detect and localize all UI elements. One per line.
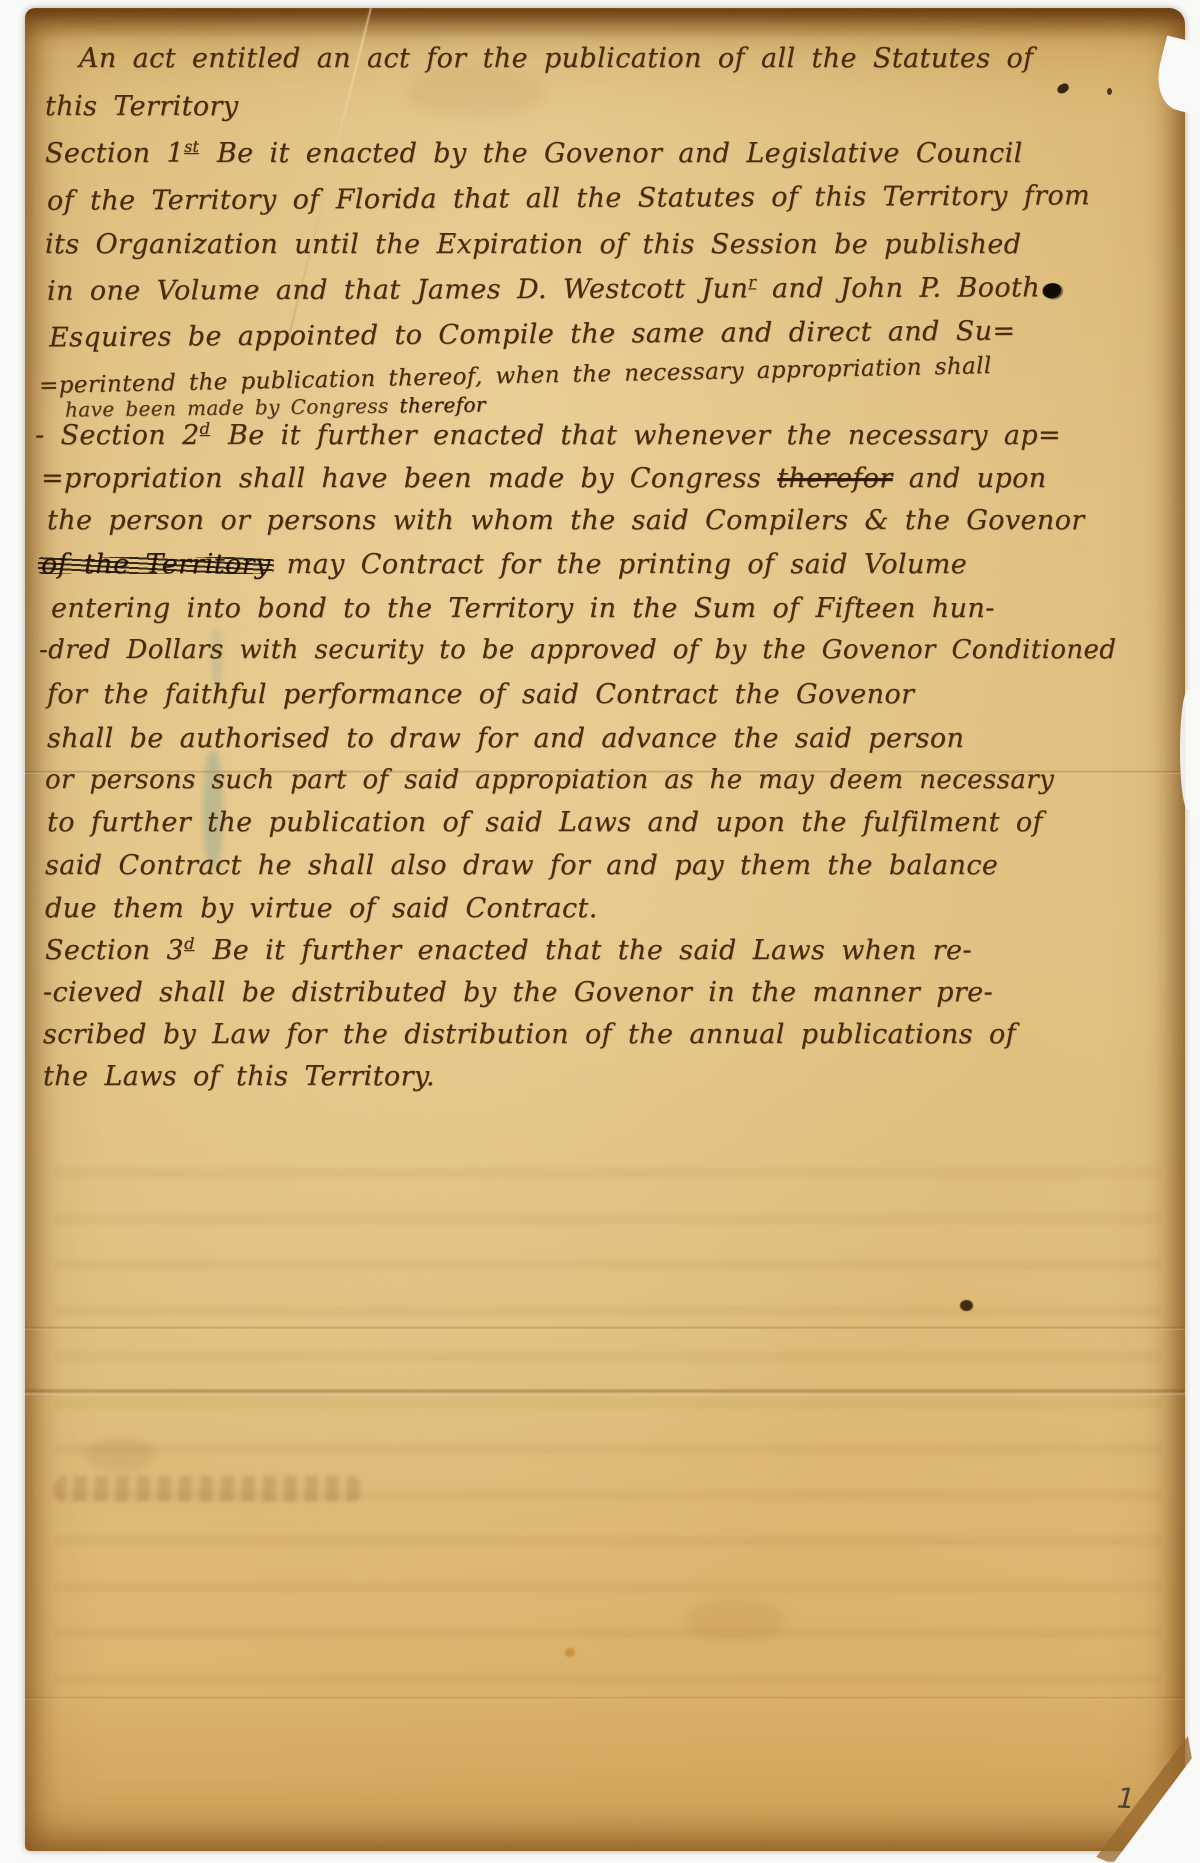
manuscript-line: of the Territory may Contract for the pr… xyxy=(41,550,967,580)
section-2-heading-line: - Section 2dBe it further enacted that w… xyxy=(35,420,1061,451)
burned-top-edge xyxy=(25,8,1185,38)
ordinal-superscript: st xyxy=(184,137,199,156)
manuscript-line: its Organization until the Expiration of… xyxy=(45,230,1021,260)
ink-spot xyxy=(960,1300,973,1311)
manuscript-line: the person or persons with whom the said… xyxy=(47,506,1085,536)
section-3-heading-line: Section 3dBe it further enacted that the… xyxy=(45,935,972,966)
ink-spatter xyxy=(1107,88,1112,95)
foxing-stain xyxy=(405,68,545,118)
manuscript-line: scribed by Law for the distribution of t… xyxy=(43,1020,1016,1050)
manuscript-line: the Laws of this Territory. xyxy=(43,1062,435,1092)
manuscript-line: -cieved shall be distributed by the Gove… xyxy=(43,978,993,1008)
manuscript-line: said Contract he shall also draw for and… xyxy=(45,851,998,881)
foxing-stain xyxy=(685,1598,785,1642)
scribbled-out-words: of the Territory xyxy=(41,549,271,580)
manuscript-line: -dred Dollars with security to be approv… xyxy=(39,636,1116,665)
act-title-line-2: this Territory xyxy=(45,92,239,122)
section-1-heading-line: Section 1stBe it enacted by the Govenor … xyxy=(45,138,1023,169)
manuscript-paper: An act entitled an act for the publicati… xyxy=(25,8,1185,1851)
manuscript-line: Esquires be appointed to Compile the sam… xyxy=(49,317,1016,353)
ordinal-superscript: r xyxy=(748,272,756,291)
torn-right-edge xyxy=(1180,690,1196,810)
manuscript-line: shall be authorised to draw for and adva… xyxy=(47,724,964,754)
manuscript-line: in one Volume and that James D. Westcott… xyxy=(47,272,1061,306)
foxing-stain xyxy=(85,1438,155,1472)
ink-bleedthrough xyxy=(55,1138,1161,1708)
manuscript-line: or persons such part of said appropiatio… xyxy=(45,766,1054,795)
ink-blot xyxy=(1043,283,1061,298)
foxing-stain xyxy=(565,1648,575,1657)
manuscript-line: due them by virtue of said Contract. xyxy=(45,894,598,924)
ordinal-superscript: d xyxy=(200,419,210,438)
manuscript-line: of the Territory of Florida that all the… xyxy=(47,181,1090,216)
manuscript-line: for the faithful performance of said Con… xyxy=(47,680,914,710)
ordinal-superscript: d xyxy=(184,934,194,953)
manuscript-line: =perintend the publication thereof, when… xyxy=(39,354,992,399)
scanned-manuscript-page: { "document_title": "An act for the publ… xyxy=(0,0,1200,1863)
ink-bleedthrough-scribble xyxy=(53,1476,363,1502)
ink-spatter xyxy=(1056,82,1070,95)
manuscript-line: entering into bond to the Territory in t… xyxy=(51,594,995,624)
struck-word: therefor xyxy=(777,463,892,494)
interlined-insertion: have been made by Congress therefor xyxy=(65,393,486,420)
manuscript-line: =propriation shall have been made by Con… xyxy=(41,464,1047,494)
act-title-line-1: An act entitled an act for the publicati… xyxy=(79,44,1034,74)
manuscript-line: to further the publication of said Laws … xyxy=(47,808,1043,838)
